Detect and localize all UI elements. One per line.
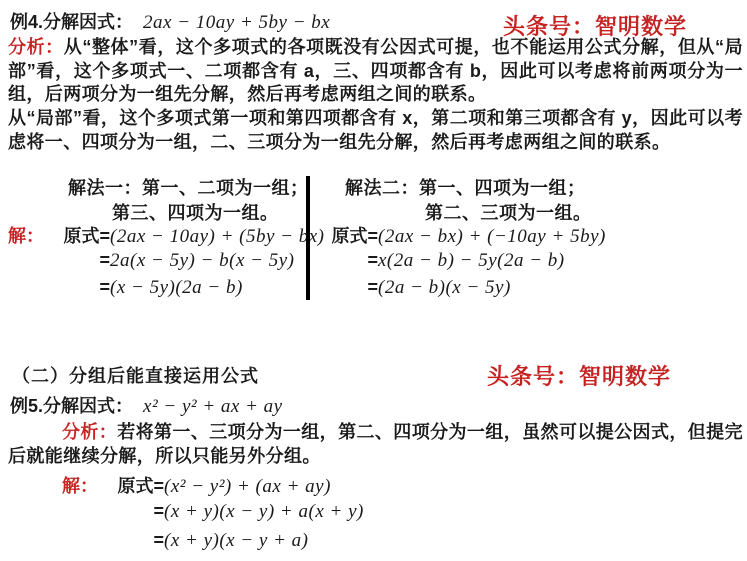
method1-header-line1: 解法一：第一、二项为一组； bbox=[68, 174, 309, 200]
equation-lhs: = bbox=[54, 250, 110, 271]
example5-equations: 解： 原式= (x² − y²) + (ax + ay) = (x + y)(x… bbox=[62, 472, 364, 559]
equation-row: = (2a − b)(x − 5y) bbox=[322, 277, 606, 305]
equation-row: 解： 原式= (x² − y²) + (ax + ay) bbox=[62, 472, 364, 501]
analysis-text-2: 从“局部”看，这个多项式第一项和第四项都含有 x，第二项和第三项都含有 y，因此… bbox=[8, 108, 743, 152]
example4-title-row: 例4.分解因式：2ax − 10ay + 5by − bx bbox=[10, 8, 330, 34]
equation-lhs: 原式= bbox=[108, 472, 164, 498]
equation-lhs: 原式= bbox=[322, 222, 378, 248]
equation-expr: (x + y)(x − y + a) bbox=[164, 530, 309, 552]
example4-formula: 2ax − 10ay + 5by − bx bbox=[143, 12, 330, 33]
equation-expr: 2a(x − 5y) − b(x − 5y) bbox=[110, 250, 295, 272]
equation-expr: (x − 5y)(2a − b) bbox=[110, 277, 243, 299]
equation-row: 解： 原式= (2ax − 10ay) + (5by − bx) bbox=[8, 222, 325, 250]
equation-row: = (x − 5y)(2a − b) bbox=[8, 277, 325, 305]
solve-label-example5: 解： bbox=[62, 472, 108, 498]
method2-equations: 原式= (2ax − bx) + (−10ay + 5by) = x(2a − … bbox=[322, 222, 606, 305]
equation-lhs: 原式= bbox=[54, 222, 110, 248]
analysis-text-1: 从“整体”看，这个多项式的各项既没有公因式可提，也不能运用公式分解，但从“局部”… bbox=[8, 37, 743, 104]
equation-expr: (2a − b)(x − 5y) bbox=[378, 277, 511, 299]
analysis-paragraph-3: 分析：若将第一、三项分为一组，第二、四项分为一组，虽然可以提公因式，但提完后就能… bbox=[8, 421, 743, 468]
equation-expr: (2ax − 10ay) + (5by − bx) bbox=[110, 226, 325, 248]
equation-lhs: = bbox=[54, 277, 110, 298]
analysis-label-1: 分析： bbox=[8, 37, 64, 57]
column-divider bbox=[306, 176, 310, 300]
analysis-paragraph-1: 分析：从“整体”看，这个多项式的各项既没有公因式可提，也不能运用公式分解，但从“… bbox=[8, 36, 743, 107]
equation-row: 原式= (2ax − bx) + (−10ay + 5by) bbox=[322, 222, 606, 250]
equation-row: = (x + y)(x − y + a) bbox=[62, 530, 364, 559]
solve-label-method1: 解： bbox=[8, 222, 54, 248]
method1-equations: 解： 原式= (2ax − 10ay) + (5by − bx) = 2a(x … bbox=[8, 222, 325, 305]
example5-title-label: 例5.分解因式： bbox=[10, 396, 133, 416]
example4-title-label: 例4.分解因式： bbox=[10, 12, 133, 32]
solutions-columns: 解法一：第一、二项为一组； 第三、四项为一组。 解： 原式= (2ax − 10… bbox=[0, 172, 747, 304]
equation-lhs: = bbox=[322, 250, 378, 271]
example5-formula: x² − y² + ax + ay bbox=[143, 396, 283, 417]
equation-lhs: = bbox=[322, 277, 378, 298]
section2-heading: （二）分组后能直接运用公式 bbox=[12, 362, 259, 388]
equation-row: = 2a(x − 5y) − b(x − 5y) bbox=[8, 250, 325, 278]
equation-expr: (x² − y²) + (ax + ay) bbox=[164, 476, 331, 498]
example5-title-row: 例5.分解因式：x² − y² + ax + ay bbox=[10, 392, 283, 418]
document-page: 例4.分解因式：2ax − 10ay + 5by − bx 头条号：智明数学 分… bbox=[0, 0, 747, 561]
equation-expr: (2ax − bx) + (−10ay + 5by) bbox=[378, 226, 606, 248]
equation-row: = (x + y)(x − y) + a(x + y) bbox=[62, 501, 364, 530]
analysis-paragraph-2: 从“局部”看，这个多项式第一项和第四项都含有 x，第二项和第三项都含有 y，因此… bbox=[8, 107, 743, 154]
equation-expr: (x + y)(x − y) + a(x + y) bbox=[164, 501, 364, 523]
brand-badge-bottom: 头条号：智明数学 bbox=[487, 360, 671, 391]
method2-header-line1: 解法二：第一、四项为一组； bbox=[345, 174, 586, 200]
equation-row: = x(2a − b) − 5y(2a − b) bbox=[322, 250, 606, 278]
analysis-label-2: 分析： bbox=[62, 422, 117, 442]
equation-lhs: = bbox=[108, 501, 164, 522]
analysis-text-3: 若将第一、三项分为一组，第二、四项分为一组，虽然可以提公因式，但提完后就能继续分… bbox=[8, 422, 743, 466]
equation-lhs: = bbox=[108, 530, 164, 551]
equation-expr: x(2a − b) − 5y(2a − b) bbox=[378, 250, 565, 272]
